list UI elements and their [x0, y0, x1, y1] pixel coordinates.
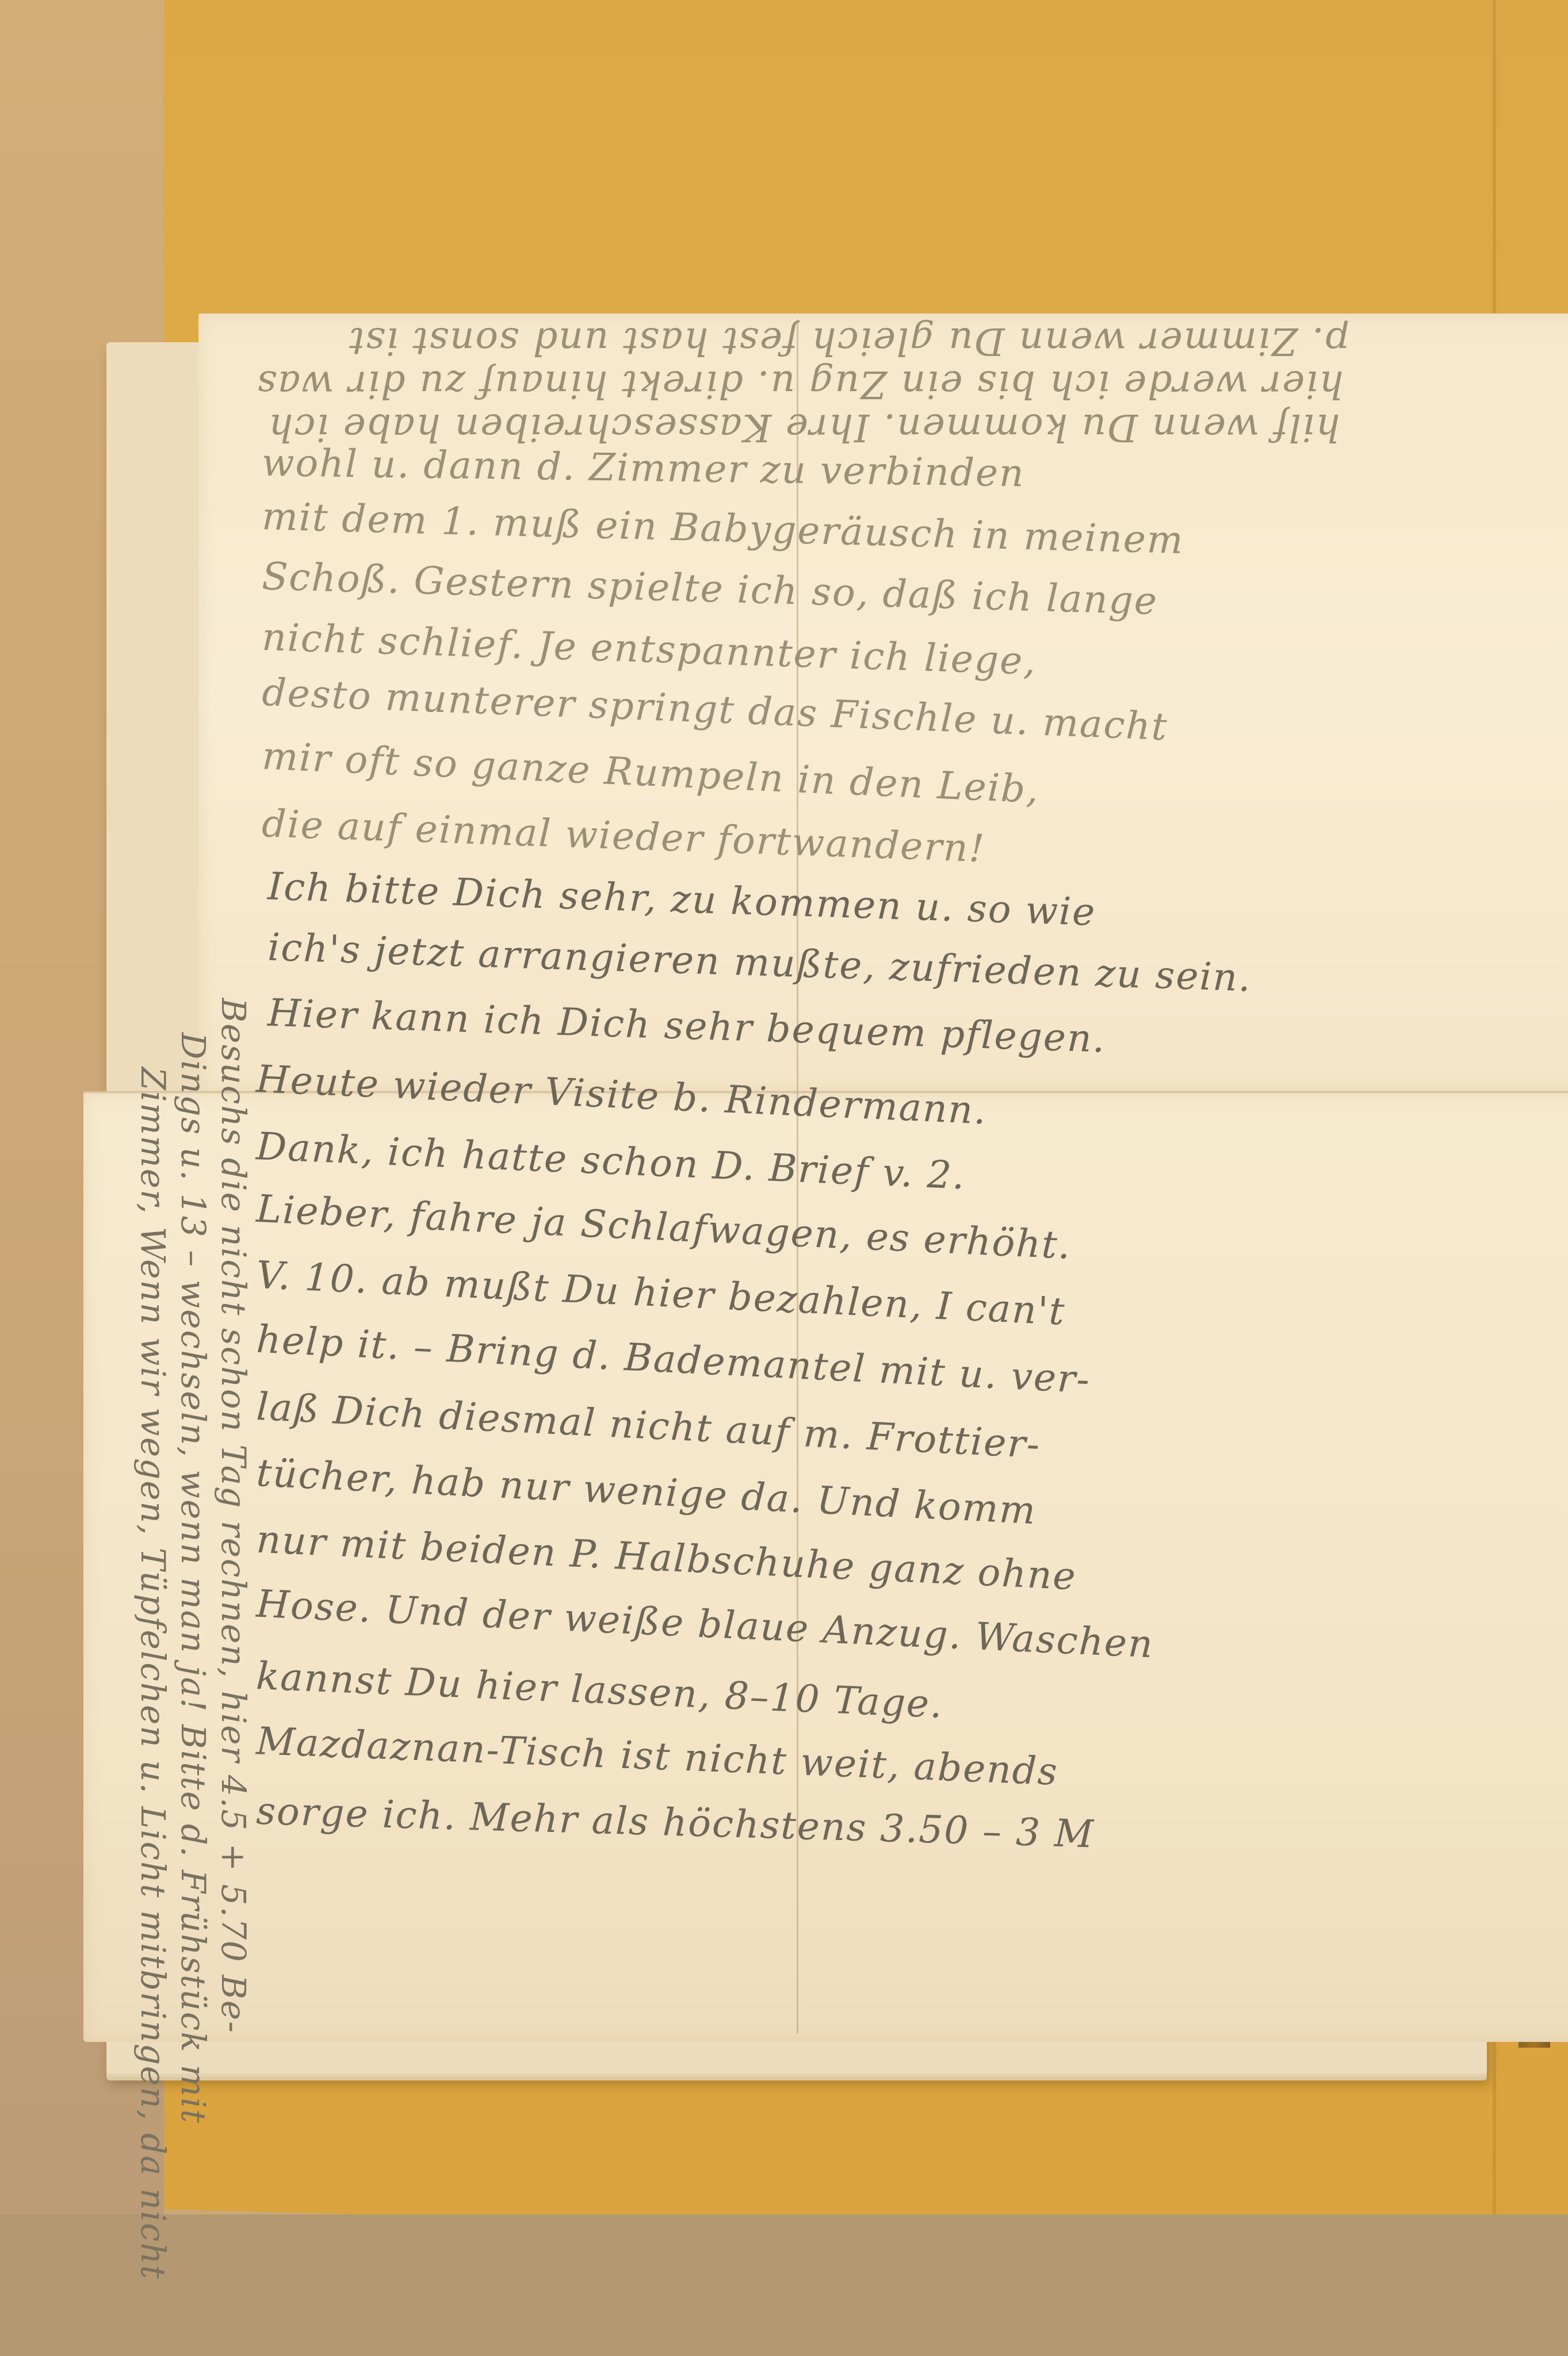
- upside-down-line: p. Zimmer wenn Du gleich fest hast und s…: [348, 319, 1349, 364]
- margin-note-outer: Zimmer, Wenn wir wegen, Tüpfelchen u. Li…: [133, 1067, 173, 2280]
- margin-note-middle: Dings u. 13 – wechseln, wenn man ja! Bit…: [174, 1032, 213, 2124]
- margin-note-inner: Besuchs die nicht schon Tag rechnen, hie…: [214, 998, 253, 2034]
- upside-down-line: hier werde ich bis ein Zug u. direkt hin…: [256, 362, 1344, 407]
- handwritten-letter: p. Zimmer wenn Du gleich fest hast und s…: [83, 308, 1519, 2076]
- background-surface-bottom: [0, 2215, 1568, 2356]
